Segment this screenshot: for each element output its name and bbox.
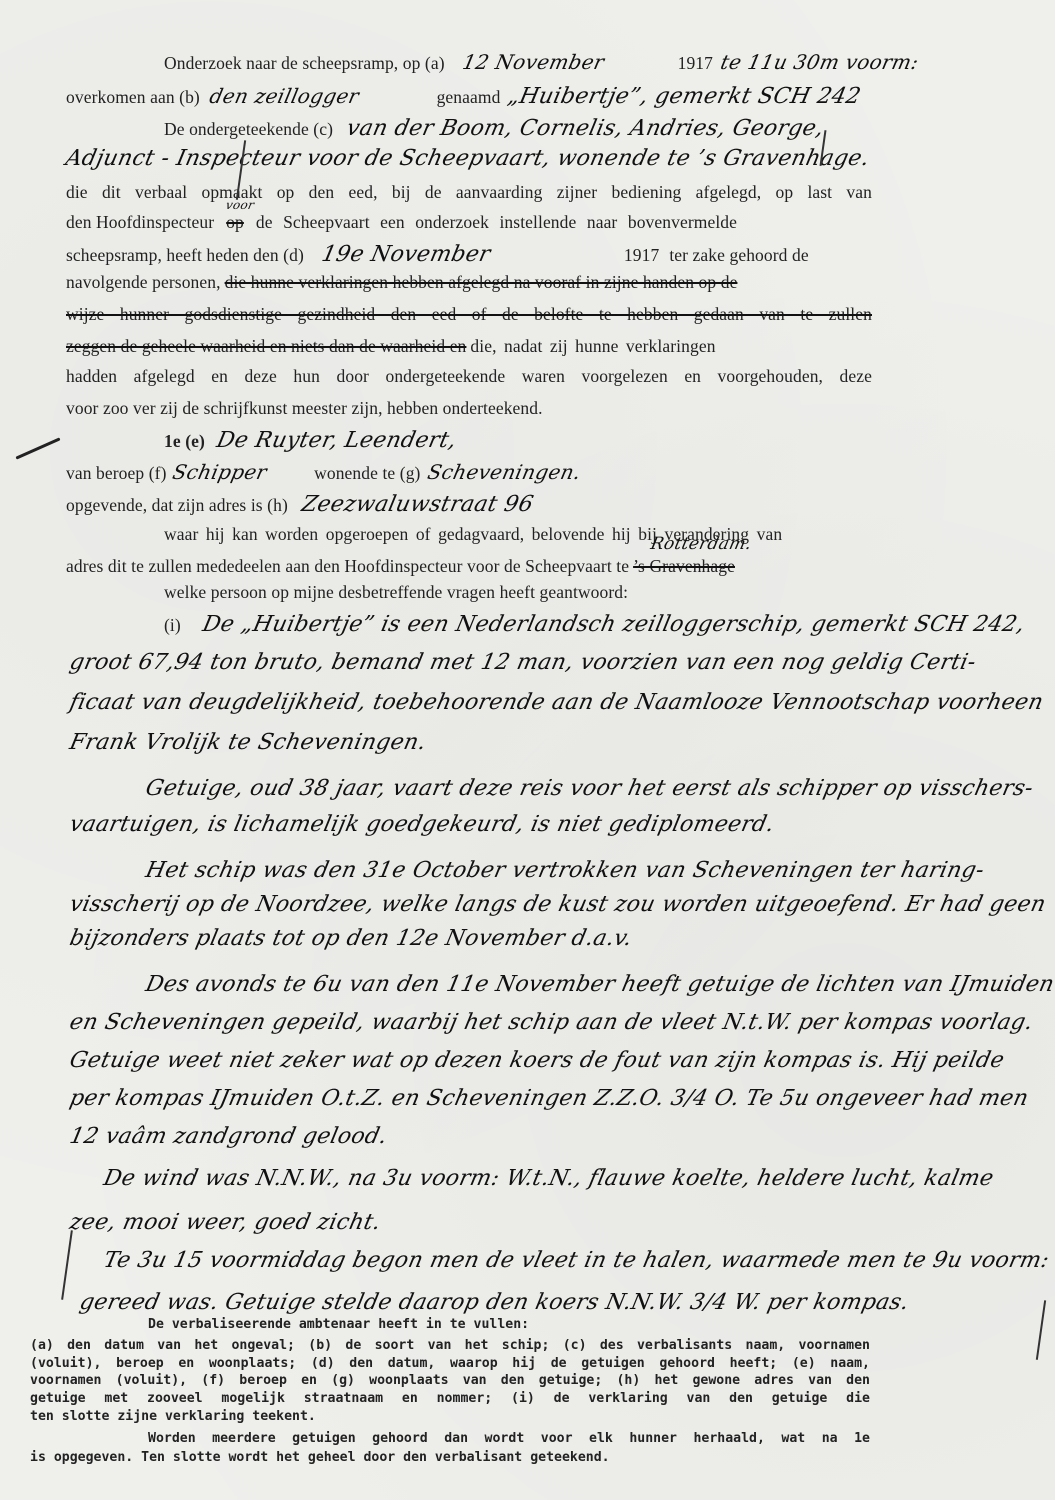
body-line-4: navolgende personen, die hunne verklarin… xyxy=(66,272,737,293)
statement-line-12: Getuige weet niet zeker wat op dezen koe… xyxy=(70,1048,1004,1073)
statement-line-2: groot 67,94 ton bruto, bemand met 12 man… xyxy=(70,650,976,675)
footnote-line-1: (a) den datum van het ongeval; (b) de so… xyxy=(30,1337,870,1355)
hand-ship-type: den zeillogger xyxy=(207,84,361,108)
body-line-8: voor zoo ver zij de schrijfkunst meester… xyxy=(66,398,543,419)
hand-inspector-name: van der Boom, Cornelis, Andries, George, xyxy=(344,116,826,141)
statement-line-17: Te 3u 15 voormiddag begon men de vleet i… xyxy=(104,1248,1049,1273)
footnote-heading: De verbaliseerende ambtenaar heeft in te… xyxy=(148,1316,529,1334)
statement-line-4: Frank Vrolijk te Scheveningen. xyxy=(70,730,426,755)
statement-line-9: bijzonders plaats tot op den 12e Novembe… xyxy=(70,926,632,951)
hand-inspector-title: Adjunct - Inspecteur voor de Scheepvaart… xyxy=(63,146,871,171)
statement-line-1: (i) De „Huibertje” is een Nederlandsch z… xyxy=(164,612,1024,637)
footnote-closing-2: is opgegeven. Ten slotte wordt het gehee… xyxy=(30,1449,610,1467)
body-line-5-struck: wijze hunner godsdienstige gezindheid de… xyxy=(66,304,872,325)
margin-slash-mark xyxy=(15,437,60,459)
body-line-2: den Hoofdinspecteur op voor de Scheepvaa… xyxy=(66,212,872,233)
header-line-4: Adjunct - Inspecteur voor de Scheepvaart… xyxy=(66,146,869,171)
header-line-3: De ondergeteekende (c) van der Boom, Cor… xyxy=(164,116,823,141)
footnote-closing-1: Worden meerdere getuigen gehoord dan wor… xyxy=(148,1430,870,1448)
hand-witness-name: De Ruyter, Leendert, xyxy=(214,428,458,453)
body-line-6: zeggen de geheele waarheid en niets dan … xyxy=(66,336,716,357)
statement-line-3: ficaat van deugdelijkheid, toebehoorende… xyxy=(70,690,1043,715)
hand-hearing-date: 19e November xyxy=(319,242,492,267)
label-ship-type: overkomen aan (b) xyxy=(66,87,200,107)
statement-line-15: De wind was N.N.W., na 3u voorm: W.t.N.,… xyxy=(104,1166,993,1191)
header-line-2: overkomen aan (b) den zeillogger genaamd… xyxy=(66,84,861,109)
hand-address: Zeezwaluwstraat 96 xyxy=(299,492,535,517)
year-1917: 1917 xyxy=(678,53,713,73)
witness-notify-line: adres dit te zullen mededeelen aan den H… xyxy=(66,556,735,577)
label-name: genaamd xyxy=(437,87,501,107)
witness-answer-intro: welke persoon op mijne desbetreffende vr… xyxy=(164,582,628,603)
witness-address-line: opgevende, dat zijn adres is (h) Zeezwal… xyxy=(66,492,533,517)
footnote-line-3: voornamen (voluit), (f) beroep en (g) wo… xyxy=(30,1372,870,1390)
struck-op: op xyxy=(226,212,244,232)
hand-occupation: Schipper xyxy=(170,460,269,484)
statement-line-18: gereed was. Getuige stelde daarop den ko… xyxy=(80,1290,909,1315)
statement-line-14: 12 vaâm zandgrond gelood. xyxy=(70,1124,387,1149)
struck-gravenhage: ’s Gravenhage xyxy=(633,556,735,576)
statement-line-7: Het schip was den 31e October vertrokken… xyxy=(146,858,984,883)
witness-occupation-line: van beroep (f) Schipper wonende te (g) S… xyxy=(66,460,581,484)
footnote-line-4: getuige met zooveel mogelijk straatnaam … xyxy=(30,1390,870,1408)
label-undersigned: De ondergeteekende (c) xyxy=(164,119,333,139)
insert-rotterdam: Rotterdam. xyxy=(649,534,754,554)
footnote-line-2: (voluit), beroep en woonplaats; (d) den … xyxy=(30,1355,870,1373)
statement-line-5: Getuige, oud 38 jaar, vaart deze reis vo… xyxy=(146,776,1033,801)
statement-line-11: en Scheveningen gepeild, waarbij het sch… xyxy=(70,1010,1033,1035)
insert-voor: voor xyxy=(225,198,256,212)
hand-ship-name: „Huibertje”, gemerkt SCH 242 xyxy=(506,84,864,109)
body-line-3: scheepsramp, heeft heden den (d) 19e Nov… xyxy=(66,242,809,267)
witness-name-line: 1e (e) De Ruyter, Leendert, xyxy=(164,428,456,453)
statement-line-6: vaartuigen, is lichamelijk goedgekeurd, … xyxy=(70,812,774,837)
header-line-1: Onderzoek naar de scheepsramp, op (a) 12… xyxy=(164,50,918,74)
footnote-line-5: ten slotte zijne verklaring teekent. xyxy=(30,1408,316,1426)
document-page: Onderzoek naar de scheepsramp, op (a) 12… xyxy=(0,0,1055,1500)
struck-text: die hunne verklaringen hebben afgelegd n… xyxy=(225,272,738,292)
statement-line-8: visscherij op de Noordzee, welke langs d… xyxy=(70,892,1045,917)
hand-residence: Scheveningen. xyxy=(426,460,584,484)
hand-date: 12 November xyxy=(460,50,606,74)
body-line-1: die dit verbaal opmaakt op den eed, bij … xyxy=(66,182,872,203)
statement-line-10: Des avonds te 6u van den 11e November he… xyxy=(146,972,1054,997)
body-line-7: hadden afgelegd en deze hun door onderge… xyxy=(66,366,872,387)
pen-stroke xyxy=(1036,1300,1046,1360)
hand-time: te 11u 30m voorm: xyxy=(718,50,921,74)
label-date: Onderzoek naar de scheepsramp, op (a) xyxy=(164,53,445,73)
statement-line-13: per kompas IJmuiden O.t.Z. en Schevening… xyxy=(70,1086,1028,1111)
pen-stroke xyxy=(61,1230,72,1300)
statement-line-16: zee, mooi weer, goed zicht. xyxy=(70,1210,380,1235)
